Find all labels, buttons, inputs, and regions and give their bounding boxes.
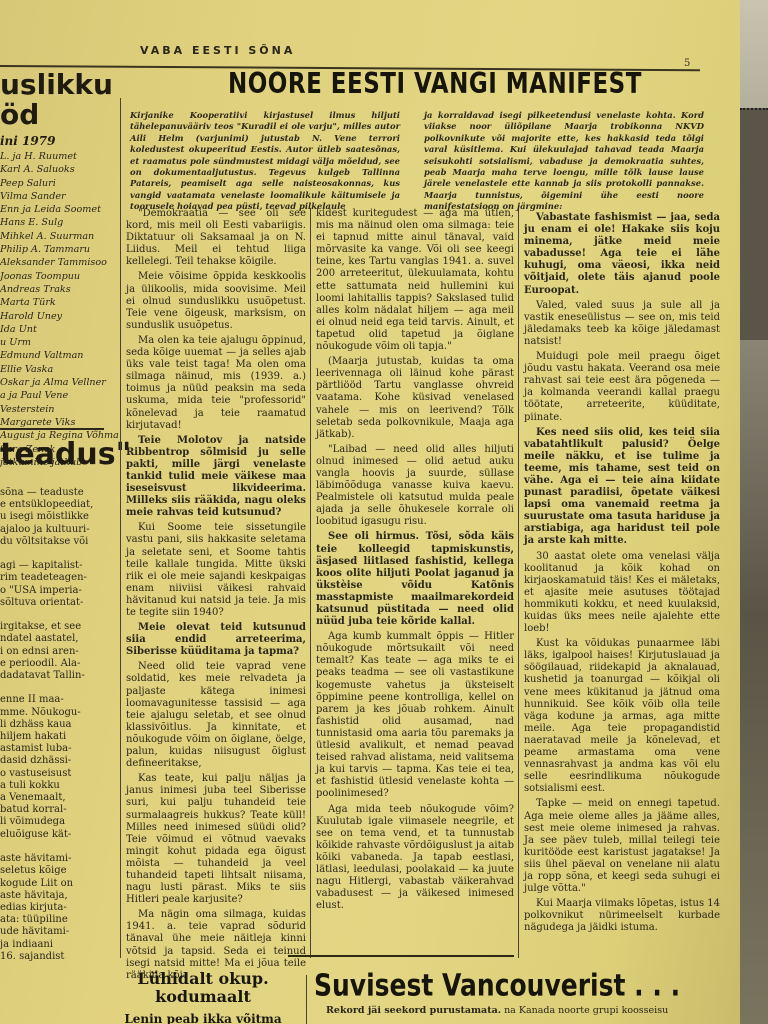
paragraph: Ma olen ka teie ajalugu õppinud, seda kõ…	[126, 335, 306, 432]
column-rule	[310, 208, 311, 958]
paragraph: "Laibad — need olid alles hiljuti olnud …	[316, 444, 514, 529]
bottom-left-headline: Lühidalt okup. kodumaalt	[118, 970, 288, 1006]
bottom-right-lead: Rekord jäi seekord purustamata. na Kanad…	[326, 1005, 668, 1016]
paragraph: Meie võisime õppida keskkoolis ja ülikoo…	[126, 271, 306, 331]
paragraph: See oli hirmus. Tõsi, sõda käis teie kol…	[316, 531, 514, 628]
paragraph: Kas teate, kui palju näljas ja janus ini…	[126, 773, 306, 906]
paragraph: Kust ka võidukas punaarmee läbi läks, ig…	[524, 638, 720, 795]
paragraph: Kes need siis olid, kes teid siia vabata…	[524, 427, 720, 548]
paragraph: Aga mida teeb nõukogude võim? Kuulutab i…	[316, 804, 514, 913]
article-headline: NOORE EESTI VANGI MANIFEST	[228, 68, 642, 101]
article-column-1: "Demokraatia — see oli see kord, mis mei…	[126, 208, 306, 985]
left-divider	[0, 428, 104, 430]
article-lead-left: Kirjanike Kooperatiivi kirjastusel ilmus…	[130, 110, 400, 213]
donor-name-list: L. ja H. Ruumet Karl A. Saluoks Peep Sal…	[0, 150, 119, 469]
paragraph: Muidugi pole meil praegu õiget jõudu vas…	[524, 351, 720, 424]
left-headline-line2: öd	[0, 100, 39, 130]
paragraph: Meie olevat teid kutsunud siia endid arr…	[126, 622, 306, 658]
bottom-left-subhead: Lenin peab ikka võitma	[118, 1012, 288, 1024]
column-rule	[120, 98, 121, 958]
paragraph: (Maarja jutustab, kuidas ta oma leeriven…	[316, 356, 514, 441]
paragraph: Valed, valed suus ja sule all ja vastik …	[524, 300, 720, 348]
newspaper-page: VABA EESTI SÕNA 5 uslikku öd ini 1979 L.…	[0, 0, 740, 1024]
bottom-divider	[288, 955, 514, 957]
paragraph: kidest kuritegudest — aga ma ütlen, mis …	[316, 208, 514, 353]
paragraph: Vabastate fashismist — jaa, seda ju enam…	[524, 212, 720, 297]
paragraph: "Demokraatia — see oli see kord, mis mei…	[126, 208, 306, 268]
paragraph: Kui Maarja viimaks lõpetas, istus 14 pol…	[524, 898, 720, 934]
paragraph: Tapke — meid on ennegi tapetud. Aga meie…	[524, 798, 720, 895]
paragraph: Aga kumb kummalt õppis — Hitler nõukogud…	[316, 631, 514, 800]
paragraph: Kui Soome teie sissetungile vastu pani, …	[126, 522, 306, 619]
article-column-3: Vabastate fashismist — jaa, seda ju enam…	[524, 212, 720, 937]
column-rule	[306, 975, 307, 1024]
article-lead-right: ja korraldavad isegi pilkeetendusi venel…	[424, 110, 704, 213]
bottom-right-lead-rest: na Kanada noorte grupi koosseisu	[501, 1005, 668, 1016]
paragraph: Need olid teie vaprad vene soldatid, kes…	[126, 661, 306, 770]
bottom-right-lead-bold: Rekord jäi seekord purustamata.	[326, 1005, 501, 1016]
paragraph: Teie Molotov ja natside Ribbentrop sõlmi…	[126, 435, 306, 520]
page-number: 5	[684, 58, 690, 69]
left-headline-line1: uslikku	[0, 70, 113, 100]
column-rule	[518, 208, 519, 958]
masthead: VABA EESTI SÕNA	[140, 44, 295, 57]
left2-headline: teadus"	[0, 440, 131, 470]
bottom-right-headline: Suvisest Vancouverist . . .	[314, 968, 680, 1003]
paragraph: 30 aastat olete oma venelasi välja kooli…	[524, 551, 720, 636]
adjacent-photo	[740, 108, 768, 340]
left2-body: sõna — teaduste e entsüklopeediat, u ise…	[0, 487, 93, 963]
article-column-2: kidest kuritegudest — aga ma ütlen, mis …	[316, 208, 514, 915]
left-subtitle: ini 1979	[0, 134, 55, 148]
